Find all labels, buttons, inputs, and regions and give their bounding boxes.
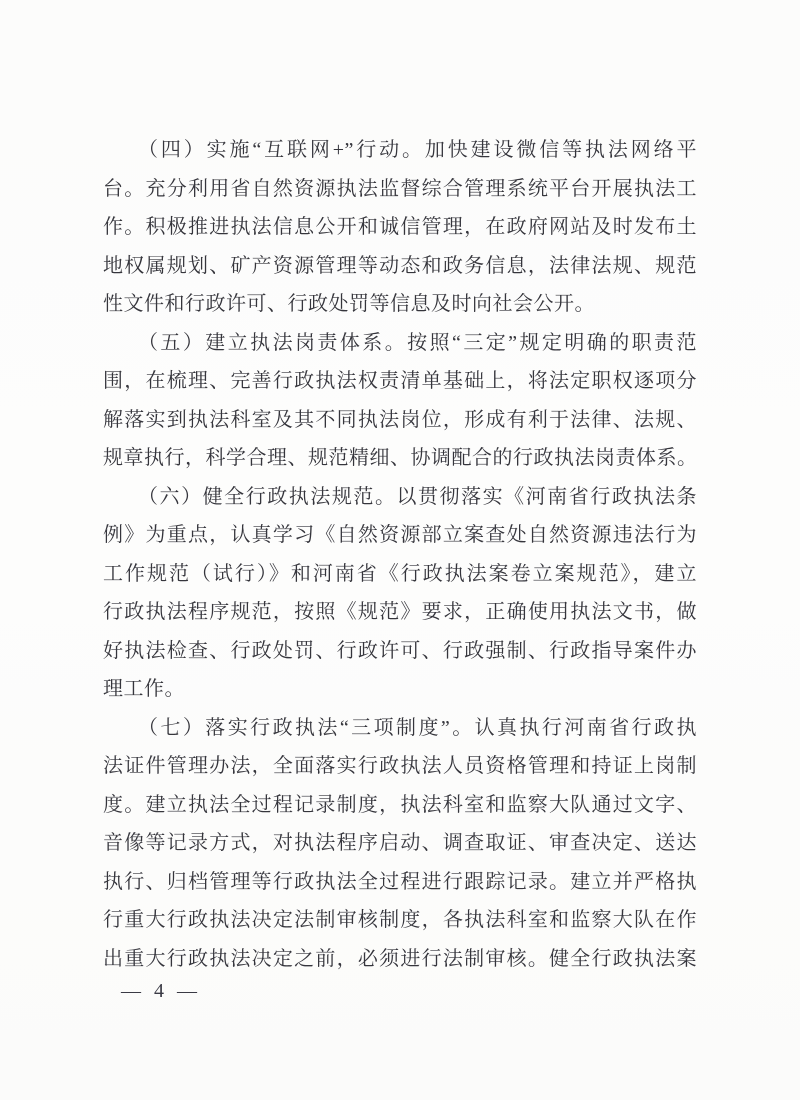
text-line: 围，在梳理、完善行政执法权责清单基础上，将法定职权逐项分 bbox=[103, 362, 697, 401]
page-number: — 4 — bbox=[121, 972, 201, 1010]
text-line: （六）健全行政执法规范。以贯彻落实《河南省行政执法条 bbox=[103, 478, 697, 517]
paragraph-clause-4: （四）实施“互联网+”行动。加快建设微信等执法网络平 台。充分利用省自然资源执法… bbox=[103, 131, 697, 324]
text-line: 例》为重点，认真学习《自然资源部立案查处自然资源违法行为 bbox=[103, 516, 697, 555]
text-line: 音像等记录方式，对执法程序启动、调查取证、审查决定、送达 bbox=[103, 824, 697, 863]
text-line: 地权属规划、矿产资源管理等动态和政务信息，法律法规、规范 bbox=[103, 247, 697, 286]
text-line: （七）落实行政执法“三项制度”。认真执行河南省行政执 bbox=[103, 709, 697, 748]
paragraph-clause-7: （七）落实行政执法“三项制度”。认真执行河南省行政执 法证件管理办法，全面落实行… bbox=[103, 709, 697, 979]
text-line: 解落实到执法科室及其不同执法岗位，形成有利于法律、法规、 bbox=[103, 401, 697, 440]
paragraph-clause-6: （六）健全行政执法规范。以贯彻落实《河南省行政执法条 例》为重点，认真学习《自然… bbox=[103, 478, 697, 709]
text-line: 行重大行政执法决定法制审核制度，各执法科室和监察大队在作 bbox=[103, 901, 697, 940]
document-body: （四）实施“互联网+”行动。加快建设微信等执法网络平 台。充分利用省自然资源执法… bbox=[103, 131, 697, 978]
text-line: 度。建立执法全过程记录制度，执法科室和监察大队通过文字、 bbox=[103, 786, 697, 825]
text-line: 法证件管理办法，全面落实行政执法人员资格管理和持证上岗制 bbox=[103, 747, 697, 786]
text-line: 行政执法程序规范，按照《规范》要求，正确使用执法文书，做 bbox=[103, 593, 697, 632]
text-line: 理工作。 bbox=[103, 670, 697, 709]
text-line: 规章执行，科学合理、规范精细、协调配合的行政执法岗责体系。 bbox=[103, 439, 697, 478]
text-line: （五）建立执法岗责体系。按照“三定”规定明确的职责范 bbox=[103, 324, 697, 363]
text-line: 性文件和行政许可、行政处罚等信息及时向社会公开。 bbox=[103, 285, 697, 324]
text-line: 台。充分利用省自然资源执法监督综合管理系统平台开展执法工 bbox=[103, 170, 697, 209]
text-line: 工作规范（试行）》和河南省《行政执法案卷立案规范》，建立 bbox=[103, 555, 697, 594]
text-line: 作。积极推进执法信息公开和诚信管理，在政府网站及时发布土 bbox=[103, 208, 697, 247]
text-line: 好执法检查、行政处罚、行政许可、行政强制、行政指导案件办 bbox=[103, 632, 697, 671]
text-line: （四）实施“互联网+”行动。加快建设微信等执法网络平 bbox=[103, 131, 697, 170]
scanned-document-page: （四）实施“互联网+”行动。加快建设微信等执法网络平 台。充分利用省自然资源执法… bbox=[0, 0, 800, 1100]
paragraph-clause-5: （五）建立执法岗责体系。按照“三定”规定明确的职责范 围，在梳理、完善行政执法权… bbox=[103, 324, 697, 478]
text-line: 执行、归档管理等行政执法全过程进行跟踪记录。建立并严格执 bbox=[103, 863, 697, 902]
